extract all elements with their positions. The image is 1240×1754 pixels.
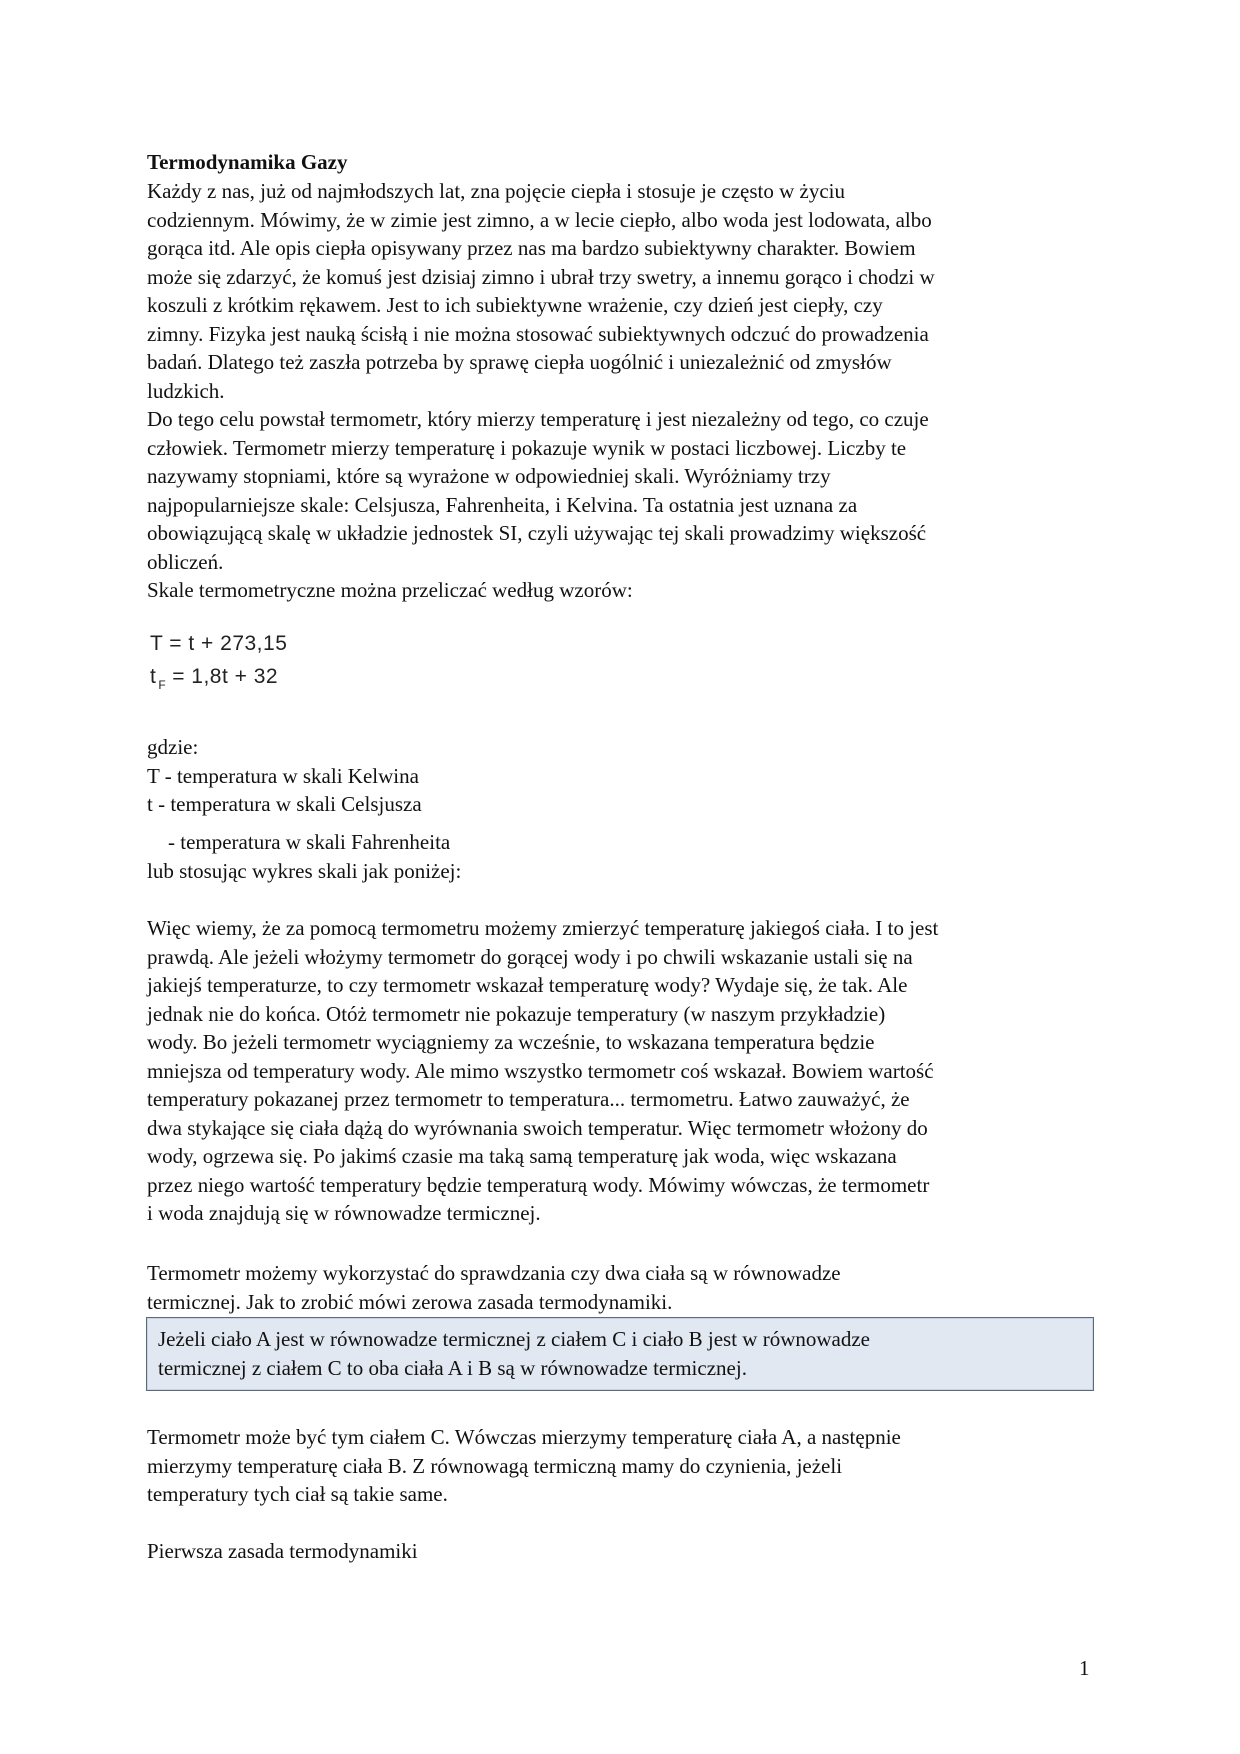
text-line: Każdy z nas, już od najmłodszych lat, zn… [147, 177, 845, 206]
definition-celsius: t - temperatura w skali Celsjusza [147, 790, 422, 819]
text-line: przez niego wartość temperatury będzie t… [147, 1171, 929, 1200]
text-line: prawdą. Ale jeżeli włożymy termometr do … [147, 943, 913, 972]
text-line: dwa stykające się ciała dążą do wyrównan… [147, 1114, 928, 1143]
text-line: wody. Bo jeżeli termometr wyciągniemy za… [147, 1028, 875, 1057]
callout-line: termicznej z ciałem C to oba ciała A i B… [158, 1354, 747, 1383]
text-line: Termometr może być tym ciałem C. Wówczas… [147, 1423, 901, 1452]
formula-lhs: t [150, 665, 156, 688]
formula-subscript: F [158, 678, 166, 692]
text-line: Więc wiemy, że za pomocą termometru może… [147, 914, 938, 943]
formula-fahrenheit: tF= 1,8t + 32 [150, 665, 278, 692]
text-line: i woda znajdują się w równowadze termicz… [147, 1199, 541, 1228]
text-line: człowiek. Termometr mierzy temperaturę i… [147, 434, 906, 463]
text-line: wody, ogrzewa się. Po jakimś czasie ma t… [147, 1142, 897, 1171]
text-line: Skale termometryczne można przeliczać we… [147, 576, 633, 605]
text-line: może się zdarzyć, że komuś jest dzisiaj … [147, 263, 935, 292]
zeroth-law-callout: Jeżeli ciało A jest w równowadze termicz… [146, 1317, 1094, 1391]
callout-line: Jeżeli ciało A jest w równowadze termicz… [158, 1325, 870, 1354]
where-label: gdzie: [147, 733, 198, 762]
page-number: 1 [1079, 1656, 1090, 1681]
formula-rhs: = 1,8t + 32 [172, 665, 278, 688]
definition-fahrenheit: - temperatura w skali Fahrenheita [147, 828, 450, 857]
text-line: badań. Dlatego też zaszła potrzeba by sp… [147, 348, 892, 377]
definition-kelvin: T - temperatura w skali Kelwina [147, 762, 419, 791]
text-line: ludzkich. [147, 377, 225, 406]
text-line: codziennym. Mówimy, że w zimie jest zimn… [147, 206, 932, 235]
text-line: Termometr możemy wykorzystać do sprawdza… [147, 1259, 841, 1288]
text-line: obliczeń. [147, 548, 223, 577]
text-line: temperatury tych ciał są takie same. [147, 1480, 448, 1509]
text-line: koszuli z krótkim rękawem. Jest to ich s… [147, 291, 883, 320]
text-line: jakiejś temperaturze, to czy termometr w… [147, 971, 907, 1000]
text-line: Do tego celu powstał termometr, który mi… [147, 405, 929, 434]
text-line: mniejsza od temperatury wody. Ale mimo w… [147, 1057, 934, 1086]
text-line: gorąca itd. Ale opis ciepła opisywany pr… [147, 234, 916, 263]
text-line: termicznej. Jak to zrobić mówi zerowa za… [147, 1288, 672, 1317]
text-line: nazywamy stopniami, które są wyrażone w … [147, 462, 831, 491]
text-line: zimny. Fizyka jest nauką ścisłą i nie mo… [147, 320, 929, 349]
chart-intro: lub stosując wykres skali jak poniżej: [147, 857, 461, 886]
text-line: temperatury pokazanej przez termometr to… [147, 1085, 910, 1114]
document-title: Termodynamika Gazy [147, 148, 347, 177]
formula-kelvin: T = t + 273,15 [150, 632, 287, 656]
section-heading-first-law: Pierwsza zasada termodynamiki [147, 1537, 418, 1566]
text-line: obowiązującą skalę w układzie jednostek … [147, 519, 926, 548]
text-line: mierzymy temperaturę ciała B. Z równowag… [147, 1452, 842, 1481]
text-line: najpopularniejsze skale: Celsjusza, Fahr… [147, 491, 857, 520]
text-line: jednak nie do końca. Otóż termometr nie … [147, 1000, 885, 1029]
